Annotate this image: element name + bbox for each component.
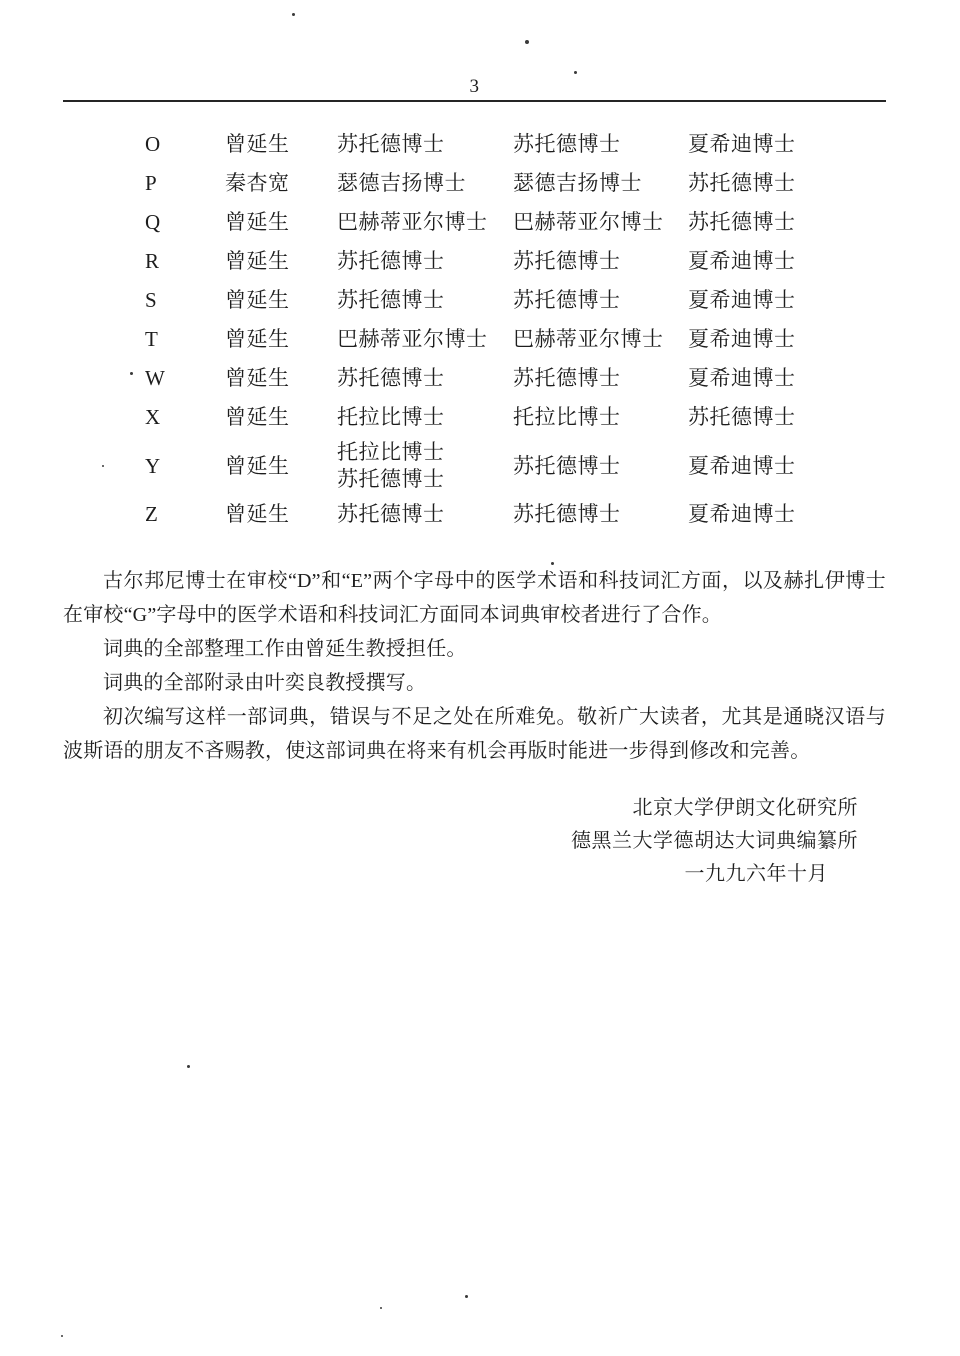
editor-cell: 曾延生 [225, 287, 337, 314]
reviewer-cell-2: 苏托德博士 [513, 287, 688, 314]
table-row: Z 曾延生 苏托德博士 苏托德博士 夏希迪博士 [63, 495, 886, 534]
table-row: Y 曾延生 托拉比博士 苏托德博士 苏托德博士 夏希迪博士 [63, 437, 886, 495]
table-row: R 曾延生 苏托德博士 苏托德博士 夏希迪博士 [63, 242, 886, 281]
editor-cell: 曾延生 [225, 326, 337, 353]
reviewer-cell-1: 苏托德博士 [337, 131, 513, 158]
table-row: O 曾延生 苏托德博士 苏托德博士 夏希迪博士 [63, 125, 886, 164]
editor-cell: 曾延生 [225, 248, 337, 275]
paragraph-closing: 初次编写这样一部词典，错误与不足之处在所难免。敬祈广大读者，尤其是通晓汉语与波斯… [63, 700, 886, 768]
scan-speck [130, 372, 133, 375]
paragraph-compilation: 词典的全部整理工作由曾延生教授担任。 [63, 632, 886, 666]
paragraph-appendix: 词典的全部附录由叶奕良教授撰写。 [63, 666, 886, 700]
scan-speck [61, 1335, 63, 1337]
reviewer-cell-2: 苏托德博士 [513, 501, 688, 528]
signature-institute-1: 北京大学伊朗文化研究所 [63, 792, 858, 825]
table-row: W 曾延生 苏托德博士 苏托德博士 夏希迪博士 [63, 359, 886, 398]
letter-cell: O [145, 131, 225, 158]
letter-cell: Z [145, 501, 225, 528]
letter-cell: S [145, 287, 225, 314]
header-rule [63, 100, 886, 102]
signature-date: 一九九六年十月 [63, 858, 858, 891]
letter-cell: R [145, 248, 225, 275]
letter-cell: Y [145, 453, 225, 480]
reviewers-table: O 曾延生 苏托德博士 苏托德博士 夏希迪博士 P 秦杏宽 瑟德吉扬博士 瑟德吉… [63, 125, 886, 534]
reviewer-cell-2: 苏托德博士 [513, 248, 688, 275]
reviewer-cell-3: 苏托德博士 [688, 209, 886, 236]
page-content: 3 O 曾延生 苏托德博士 苏托德博士 夏希迪博士 P 秦杏宽 瑟德吉扬博士 瑟… [63, 0, 886, 891]
table-row: X 曾延生 托拉比博士 托拉比博士 苏托德博士 [63, 398, 886, 437]
reviewer-cell-3: 苏托德博士 [688, 170, 886, 197]
body-text: 古尔邦尼博士在审校“D”和“E”两个字母中的医学术语和科技词汇方面，以及赫扎伊博… [63, 564, 886, 768]
editor-cell: 曾延生 [225, 209, 337, 236]
scan-speck [574, 71, 577, 74]
reviewer-cell-3: 夏希迪博士 [688, 287, 886, 314]
reviewer-cell-1: 托拉比博士 苏托德博士 [337, 439, 513, 493]
document-page: 3 O 曾延生 苏托德博士 苏托德博士 夏希迪博士 P 秦杏宽 瑟德吉扬博士 瑟… [0, 0, 960, 1356]
scan-speck [380, 1307, 382, 1309]
editor-cell: 曾延生 [225, 131, 337, 158]
editor-cell: 曾延生 [225, 365, 337, 392]
reviewer-cell-3: 夏希迪博士 [688, 501, 886, 528]
scan-speck [292, 13, 295, 16]
reviewer-cell-3: 夏希迪博士 [688, 365, 886, 392]
reviewer-cell-1: 托拉比博士 [337, 404, 513, 431]
reviewer-cell-1: 巴赫蒂亚尔博士 [337, 326, 513, 353]
reviewer-cell-3: 苏托德博士 [688, 404, 886, 431]
table-row: P 秦杏宽 瑟德吉扬博士 瑟德吉扬博士 苏托德博士 [63, 164, 886, 203]
scan-speck [187, 1065, 190, 1068]
scan-speck [525, 40, 529, 44]
reviewer-cell-1: 苏托德博士 [337, 287, 513, 314]
reviewer-cell-3: 夏希迪博士 [688, 248, 886, 275]
table-row: T 曾延生 巴赫蒂亚尔博士 巴赫蒂亚尔博士 夏希迪博士 [63, 320, 886, 359]
page-number: 3 [63, 0, 886, 100]
table-row: Q 曾延生 巴赫蒂亚尔博士 巴赫蒂亚尔博士 苏托德博士 [63, 203, 886, 242]
editor-cell: 秦杏宽 [225, 170, 337, 197]
paragraph-collaboration: 古尔邦尼博士在审校“D”和“E”两个字母中的医学术语和科技词汇方面，以及赫扎伊博… [63, 564, 886, 632]
scan-speck [551, 562, 554, 565]
signature-block: 北京大学伊朗文化研究所 德黑兰大学德胡达大词典编纂所 一九九六年十月 [63, 792, 886, 891]
reviewer-cell-1: 巴赫蒂亚尔博士 [337, 209, 513, 236]
reviewer-cell-1: 苏托德博士 [337, 365, 513, 392]
reviewer-cell-2: 巴赫蒂亚尔博士 [513, 326, 688, 353]
scan-speck [102, 465, 104, 467]
letter-cell: X [145, 404, 225, 431]
reviewer-cell-3: 夏希迪博士 [688, 326, 886, 353]
reviewer-cell-2: 苏托德博士 [513, 131, 688, 158]
letter-cell: W [145, 365, 225, 392]
editor-cell: 曾延生 [225, 404, 337, 431]
reviewer-cell-1: 苏托德博士 [337, 501, 513, 528]
letter-cell: Q [145, 209, 225, 236]
letter-cell: T [145, 326, 225, 353]
reviewer-cell-1: 瑟德吉扬博士 [337, 170, 513, 197]
reviewer-cell-2: 托拉比博士 [513, 404, 688, 431]
reviewer-cell-2: 瑟德吉扬博士 [513, 170, 688, 197]
reviewer-cell-2: 巴赫蒂亚尔博士 [513, 209, 688, 236]
signature-institute-2: 德黑兰大学德胡达大词典编纂所 [63, 825, 858, 858]
reviewer-cell-1: 苏托德博士 [337, 248, 513, 275]
table-row: S 曾延生 苏托德博士 苏托德博士 夏希迪博士 [63, 281, 886, 320]
reviewer-cell-3: 夏希迪博士 [688, 453, 886, 480]
reviewer-cell-3: 夏希迪博士 [688, 131, 886, 158]
editor-cell: 曾延生 [225, 453, 337, 480]
editor-cell: 曾延生 [225, 501, 337, 528]
scan-speck [465, 1295, 468, 1298]
reviewer-cell-2: 苏托德博士 [513, 453, 688, 480]
letter-cell: P [145, 170, 225, 197]
reviewer-cell-2: 苏托德博士 [513, 365, 688, 392]
